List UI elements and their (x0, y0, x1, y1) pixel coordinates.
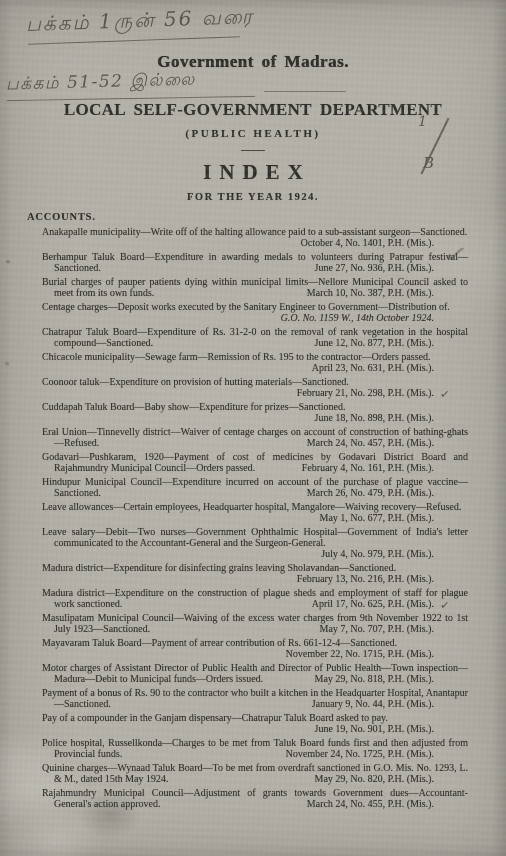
margin-asterisk-mark: * (4, 358, 10, 373)
handwritten-dash (264, 91, 346, 92)
entry-reference: June 18, No. 898, P.H. (Mis.). (315, 413, 434, 424)
index-entry: Leave allowances—Certain employees, Head… (42, 502, 468, 524)
entry-reference: February 4, No. 161, P.H. (Mis.). (302, 463, 434, 474)
handwritten-note-top: பக்கம் 1ருன் 56 வரை (26, 4, 255, 39)
index-entry: Anakapalle municipality—Write off of the… (42, 227, 468, 249)
entry-reference: March 24, No. 455, P.H. (Mis.). (307, 799, 434, 810)
index-entry: Rajahmundry Municipal Council—Adjustment… (42, 788, 468, 810)
entry-text: Leave salary—Debit—Two nurses—Government… (42, 527, 468, 549)
index-entry: Cuddapah Taluk Board—Baby show—Expenditu… (42, 402, 468, 424)
corner-mark-numerator: 1 (418, 114, 427, 130)
index-entry: Centage charges—Deposit works executed b… (42, 302, 468, 324)
entry-text: Anakapalle municipality—Write off of the… (42, 227, 467, 238)
index-entry: Berhampur Taluk Board—Expenditure in awa… (42, 252, 468, 274)
entry-reference: June 19, No. 901, P.H. (Mis.). (315, 724, 434, 735)
entry-reference: March 10, No. 387, P.H. (Mis.). (307, 288, 434, 299)
index-entry: Police hospital, Russellkonda—Charges to… (42, 738, 468, 760)
checkmark-annotation: ✓ (451, 391, 453, 402)
entry-reference: March 24, No. 457, P.H. (Mis.). (307, 438, 434, 449)
entry-text: Centage charges—Deposit works executed b… (42, 302, 450, 313)
entry-text: Cuddapah Taluk Board—Baby show—Expenditu… (42, 402, 346, 413)
index-entry: Payment of a bonus of Rs. 90 to the cont… (42, 688, 468, 710)
handwritten-note-pages-missing: பக்கம் 51-52 இல்லை (6, 70, 196, 97)
index-entry: Eral Union—Tinnevelly district—Waiver of… (42, 427, 468, 449)
index-entry: Quinine charges—Wynaad Taluk Board—To be… (42, 763, 468, 785)
index-entry: Godavari—Pushkaram, 1920—Payment of cost… (42, 452, 468, 474)
index-entries: Anakapalle municipality—Write off of the… (42, 227, 468, 813)
entry-reference: May 29, No. 818, P.H. (Mis.). (315, 674, 434, 685)
index-entry: Pay of a compounder in the Ganjam dispen… (42, 713, 468, 735)
entry-reference: April 23, No. 631, P.H. (Mis.). (312, 363, 434, 374)
entry-reference: November 24, No. 1725, P.H. (Mis.). (286, 749, 434, 760)
entry-reference: July 4, No. 979, P.H. (Mis.). (321, 549, 434, 560)
index-entry: Burial charges of pauper patients dying … (42, 277, 468, 299)
entry-reference: November 22, No. 1715, P.H. (Mis.). (286, 649, 434, 660)
entry-reference: June 27, No. 936, P.H. (Mis.). (315, 263, 434, 274)
entry-reference: January 9, No. 44, P.H. (Mis.). (312, 699, 434, 710)
entry-text: Leave allowances—Certain employees, Head… (42, 502, 461, 513)
index-entry: Chicacole municipality—Sewage farm—Remis… (42, 352, 468, 374)
index-entry: Hindupur Municipal Council—Expenditure i… (42, 477, 468, 499)
entry-text: Pay of a compounder in the Ganjam dispen… (42, 713, 388, 724)
entry-reference: October 4, No. 1401, P.H. (Mis.). (301, 238, 434, 249)
entry-text: Coonoor taluk—Expenditure on provision o… (42, 377, 349, 388)
index-entry: Motor charges of Assistant Director of P… (42, 663, 468, 685)
entry-reference: June 12, No. 877, P.H. (Mis.). (315, 338, 434, 349)
index-entry: Madura district—Expenditure on the const… (42, 588, 468, 610)
divider-rule (241, 150, 265, 151)
entry-reference: May 29, No. 820, P.H. (Mis.). (315, 774, 434, 785)
entry-text: Chicacole municipality—Sewage farm—Remis… (42, 352, 431, 363)
government-masthead: Government of Madras. (0, 52, 506, 72)
entry-reference: February 13, No. 216, P.H. (Mis.). (297, 574, 434, 585)
index-entry: Chatrapur Taluk Board—Expenditure of Rs.… (42, 327, 468, 349)
index-title: INDEX (0, 160, 506, 185)
entry-reference: May 1, No. 677, P.H. (Mis.). (320, 513, 434, 524)
entry-text: Mayavaram Taluk Board—Payment of arrear … (42, 638, 397, 649)
entry-reference: March 26, No. 479, P.H. (Mis.). (307, 488, 434, 499)
entry-reference: April 17, No. 625, P.H. (Mis.). (312, 599, 434, 610)
entry-reference: May 7, No. 707, P.H. (Mis.). (320, 624, 434, 635)
index-entry: Leave salary—Debit—Two nurses—Government… (42, 527, 468, 560)
index-entry: Coonoor taluk—Expenditure on provision o… (42, 377, 468, 399)
margin-asterisk-mark: * (5, 256, 11, 271)
entry-reference: G.O. No. 1159 W., 14th October 1924. (281, 313, 434, 324)
entry-text: Madura district—Expenditure for disinfec… (42, 563, 396, 574)
index-entry: Madura district—Expenditure for disinfec… (42, 563, 468, 585)
index-entry: Masulipatam Municipal Council—Waiving of… (42, 613, 468, 635)
checkmark-annotation: ✓ (451, 602, 453, 613)
section-heading-accounts: ACCOUNTS. (27, 212, 96, 223)
scanned-document-page: பக்கம் 1ருன் 56 வரை Government of Madras… (0, 0, 506, 856)
entry-reference: February 21, No. 298, P.H. (Mis.). (297, 388, 434, 399)
index-year-subtitle: FOR THE YEAR 1924. (0, 192, 506, 203)
index-entry: Mayavaram Taluk Board—Payment of arrear … (42, 638, 468, 660)
